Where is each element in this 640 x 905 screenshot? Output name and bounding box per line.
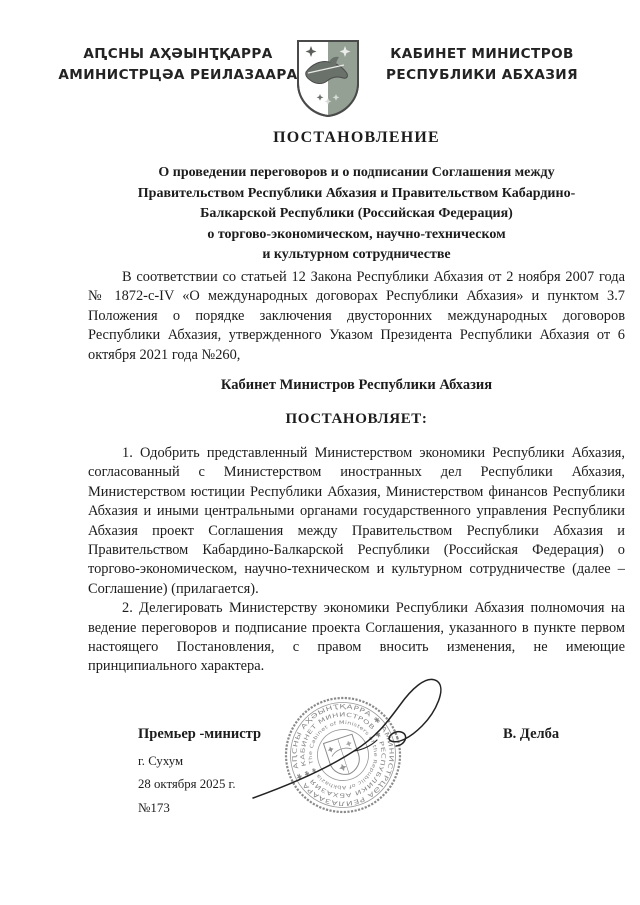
doc-subject-line: и культурном сотрудничестве — [88, 245, 625, 266]
org-name-abkhaz: АԤСНЫ АҲӘЫНҬҚАРРА АМИНИСТРЦӘА РЕИЛАЗААРА — [48, 44, 308, 86]
place-line: г. Сухум — [138, 754, 183, 769]
org-name-abkhaz-line2: АМИНИСТРЦӘА РЕИЛАЗААРА — [48, 65, 308, 86]
doc-subject-line: Правительством Республики Абхазия и Прав… — [88, 184, 625, 205]
org-name-russian-line2: РЕСПУБЛИКИ АБХАЗИЯ — [352, 65, 612, 86]
resolution-items: 1. Одобрить представленный Министерством… — [88, 444, 625, 677]
org-name-abkhaz-line1: АԤСНЫ АҲӘЫНҬҚАРРА — [48, 44, 308, 65]
resolution-word: ПОСТАНОВЛЯЕТ: — [88, 411, 625, 428]
date-line: 28 октября 2025 г. — [138, 777, 236, 792]
preamble-paragraph: В соответствии со статьей 12 Закона Респ… — [88, 268, 625, 365]
resolving-org: Кабинет Министров Республики Абхазия — [88, 377, 625, 394]
doc-number: №173 — [138, 800, 170, 816]
org-name-russian-line1: КАБИНЕТ МИНИСТРОВ — [352, 44, 612, 65]
doc-subject-line: о торгово-экономическом, научно-техничес… — [88, 225, 625, 246]
doc-subject: О проведении переговоров и о подписании … — [88, 163, 625, 266]
doc-subject-line: О проведении переговоров и о подписании … — [88, 163, 625, 184]
resolution-item-1: 1. Одобрить представленный Министерством… — [88, 444, 625, 599]
doc-subject-line: Балкарской Республики (Российская Федера… — [88, 204, 625, 225]
doc-type-title: ПОСТАНОВЛЕНИЕ — [88, 129, 625, 147]
decree-document-page: АԤСНЫ АҲӘЫНҬҚАРРА АМИНИСТРЦӘА РЕИЛАЗААРА… — [0, 0, 640, 905]
org-name-russian: КАБИНЕТ МИНИСТРОВ РЕСПУБЛИКИ АБХАЗИЯ — [352, 44, 612, 86]
handwritten-signature — [230, 660, 470, 820]
signer-name: В. Делба — [503, 726, 559, 743]
preamble-section: В соответствии со статьей 12 Закона Респ… — [88, 268, 625, 365]
